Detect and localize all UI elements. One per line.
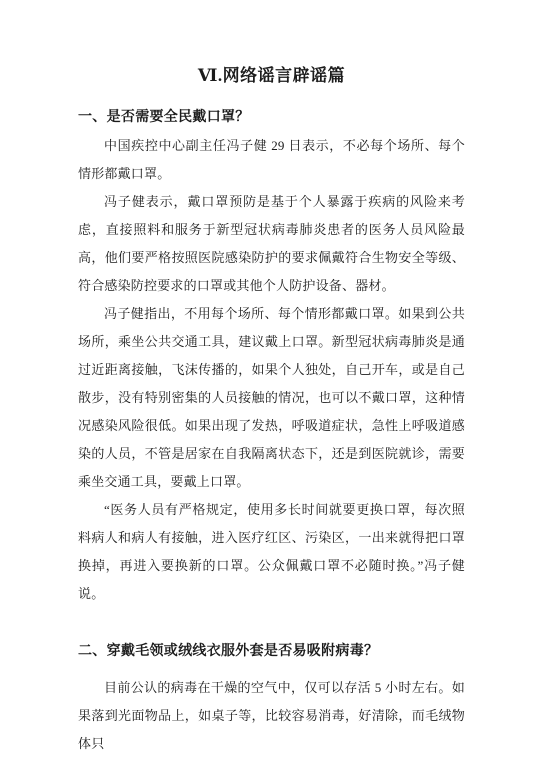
document-page: Ⅵ.网络谣言辟谣篇 一、是否需要全民戴口罩？ 中国疾控中心副主任冯子健 29 日… (0, 0, 543, 768)
document-title: Ⅵ.网络谣言辟谣篇 (78, 62, 465, 90)
section-masks: 一、是否需要全民戴口罩？ 中国疾控中心副主任冯子健 29 日表示，不必每个场所、… (78, 104, 465, 608)
paragraph-masks-4: “医务人员有严格规定，使用多长时间就要更换口罩，每次照料病人和病人有接触，进入医… (78, 496, 465, 608)
section-masks-heading: 一、是否需要全民戴口罩？ (78, 104, 465, 132)
paragraph-masks-3: 冯子健指出，不用每个场所、每个情形都戴口罩。如果到公共场所，乘坐公共交通工具，建… (78, 300, 465, 496)
paragraph-fur-clothing-1: 目前公认的病毒在干燥的空气中，仅可以存活 5 小时左右。如果落到光面物品上，如桌… (78, 674, 465, 758)
section-fur-clothing-heading: 二、穿戴毛领或绒线衣服外套是否易吸附病毒？ (78, 638, 465, 666)
paragraph-masks-1: 中国疾控中心副主任冯子健 29 日表示，不必每个场所、每个情形都戴口罩。 (78, 132, 465, 188)
section-fur-clothing: 二、穿戴毛领或绒线衣服外套是否易吸附病毒？ 目前公认的病毒在干燥的空气中，仅可以… (78, 638, 465, 758)
paragraph-masks-2: 冯子健表示，戴口罩预防是基于个人暴露于疾病的风险来考虑，直接照料和服务于新型冠状… (78, 188, 465, 300)
